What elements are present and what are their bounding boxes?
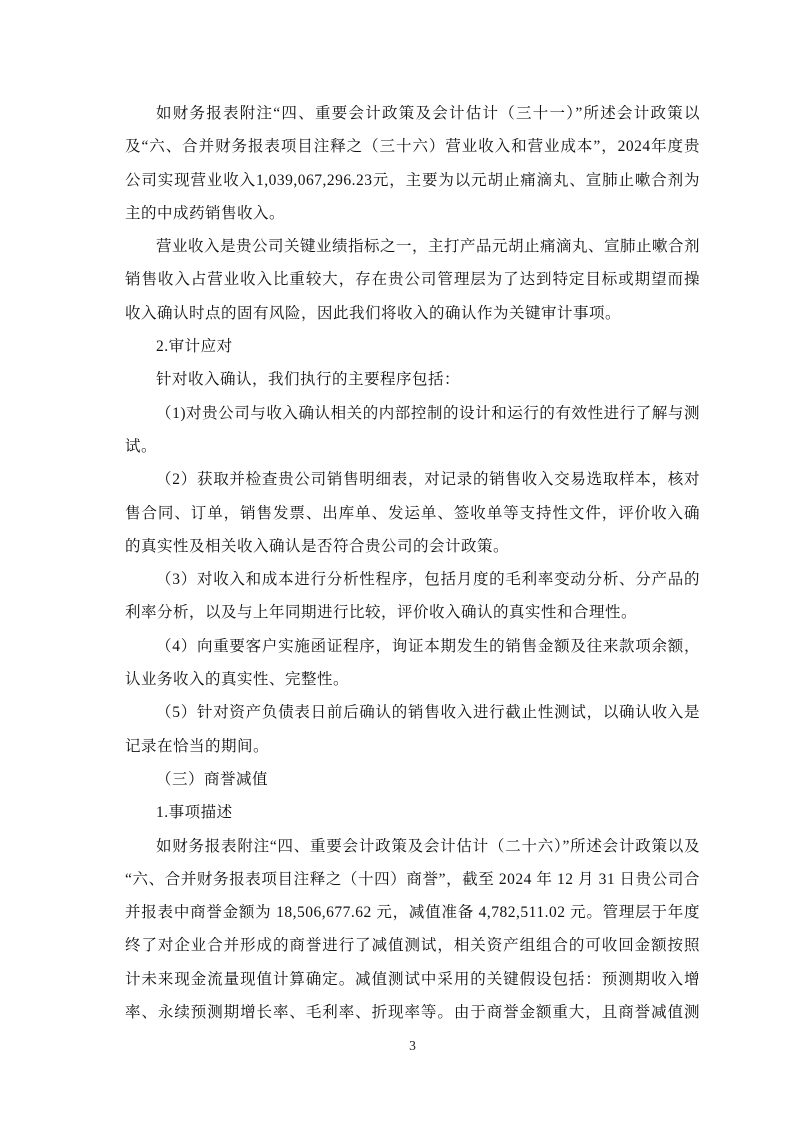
text-line: （3）对收入和成本进行分析性程序，包括月度的毛利率变动分析、分产品的毛 bbox=[125, 563, 700, 596]
text-line: 计未来现金流量现值计算确定。减值测试中采用的关键假设包括：预测期收入增长 bbox=[125, 963, 700, 996]
document-page: 如财务报表附注“四、重要会计政策及会计估计（三十一）”所述会计政策以 及“六、合… bbox=[0, 0, 794, 1122]
text-line: 主的中成药销售收入。 bbox=[125, 197, 700, 230]
section-heading-goodwill-impairment: （三）商誉减值 bbox=[125, 763, 700, 796]
text-line: 如财务报表附注“四、重要会计政策及会计估计（三十一）”所述会计政策以 bbox=[125, 97, 700, 130]
text-line: 率、永续预测期增长率、毛利率、折现率等。由于商誉金额重大，且商誉减值测试 bbox=[125, 996, 700, 1029]
text-line: 终了对企业合并形成的商誉进行了减值测试，相关资产组组合的可收回金额按照预 bbox=[125, 929, 700, 962]
text-line: 营业收入是贵公司关键业绩指标之一，主打产品元胡止痛滴丸、宣肺止嗽合剂 bbox=[125, 230, 700, 263]
text-line: （5）针对资产负债表日前后确认的销售收入进行截止性测试，以确认收入是否 bbox=[125, 696, 700, 729]
text-line: 收入确认时点的固有风险，因此我们将收入的确认作为关键审计事项。 bbox=[125, 297, 700, 330]
text-line: 试。 bbox=[125, 430, 700, 463]
page-number: 3 bbox=[125, 1036, 700, 1056]
text-line: （1)对贵公司与收入确认相关的内部控制的设计和运行的有效性进行了解与测 bbox=[125, 397, 700, 430]
text-line: 售合同、订单，销售发票、出库单、发运单、签收单等支持性文件，评价收入确认 bbox=[125, 497, 700, 530]
text-line: 利率分析，以及与上年同期进行比较，评价收入确认的真实性和合理性。 bbox=[125, 596, 700, 629]
text-line: 销售收入占营业收入比重较大，存在贵公司管理层为了达到特定目标或期望而操纵 bbox=[125, 263, 700, 296]
text-line: 记录在恰当的期间。 bbox=[125, 730, 700, 763]
text-line: 的真实性及相关收入确认是否符合贵公司的会计政策。 bbox=[125, 530, 700, 563]
text-line: 及“六、合并财务报表项目注释之（三十六）营业收入和营业成本”，2024年度贵 bbox=[125, 130, 700, 163]
text-line: 公司实现营业收入1,039,067,296.23元，主要为以元胡止痛滴丸、宣肺止… bbox=[125, 164, 700, 197]
text-line: （2）获取并检查贵公司销售明细表，对记录的销售收入交易选取样本，核对销 bbox=[125, 463, 700, 496]
document-body: 如财务报表附注“四、重要会计政策及会计估计（三十一）”所述会计政策以 及“六、合… bbox=[125, 97, 700, 1029]
text-line: 认业务收入的真实性、完整性。 bbox=[125, 663, 700, 696]
text-line: 如财务报表附注“四、重要会计政策及会计估计（二十六）”所述会计政策以及 bbox=[125, 830, 700, 863]
text-line: “六、合并财务报表项目注释之（十四）商誉”，截至 2024 年 12 月 31 … bbox=[125, 863, 700, 896]
section-heading-audit-response: 2.审计应对 bbox=[125, 330, 700, 363]
text-line: （4）向重要客户实施函证程序，询证本期发生的销售金额及往来款项余额，确 bbox=[125, 630, 700, 663]
section-heading-matter-description: 1.事项描述 bbox=[125, 796, 700, 829]
text-line: 并报表中商誉金额为 18,506,677.62 元，减值准备 4,782,511… bbox=[125, 896, 700, 929]
text-line: 针对收入确认，我们执行的主要程序包括： bbox=[125, 363, 700, 396]
